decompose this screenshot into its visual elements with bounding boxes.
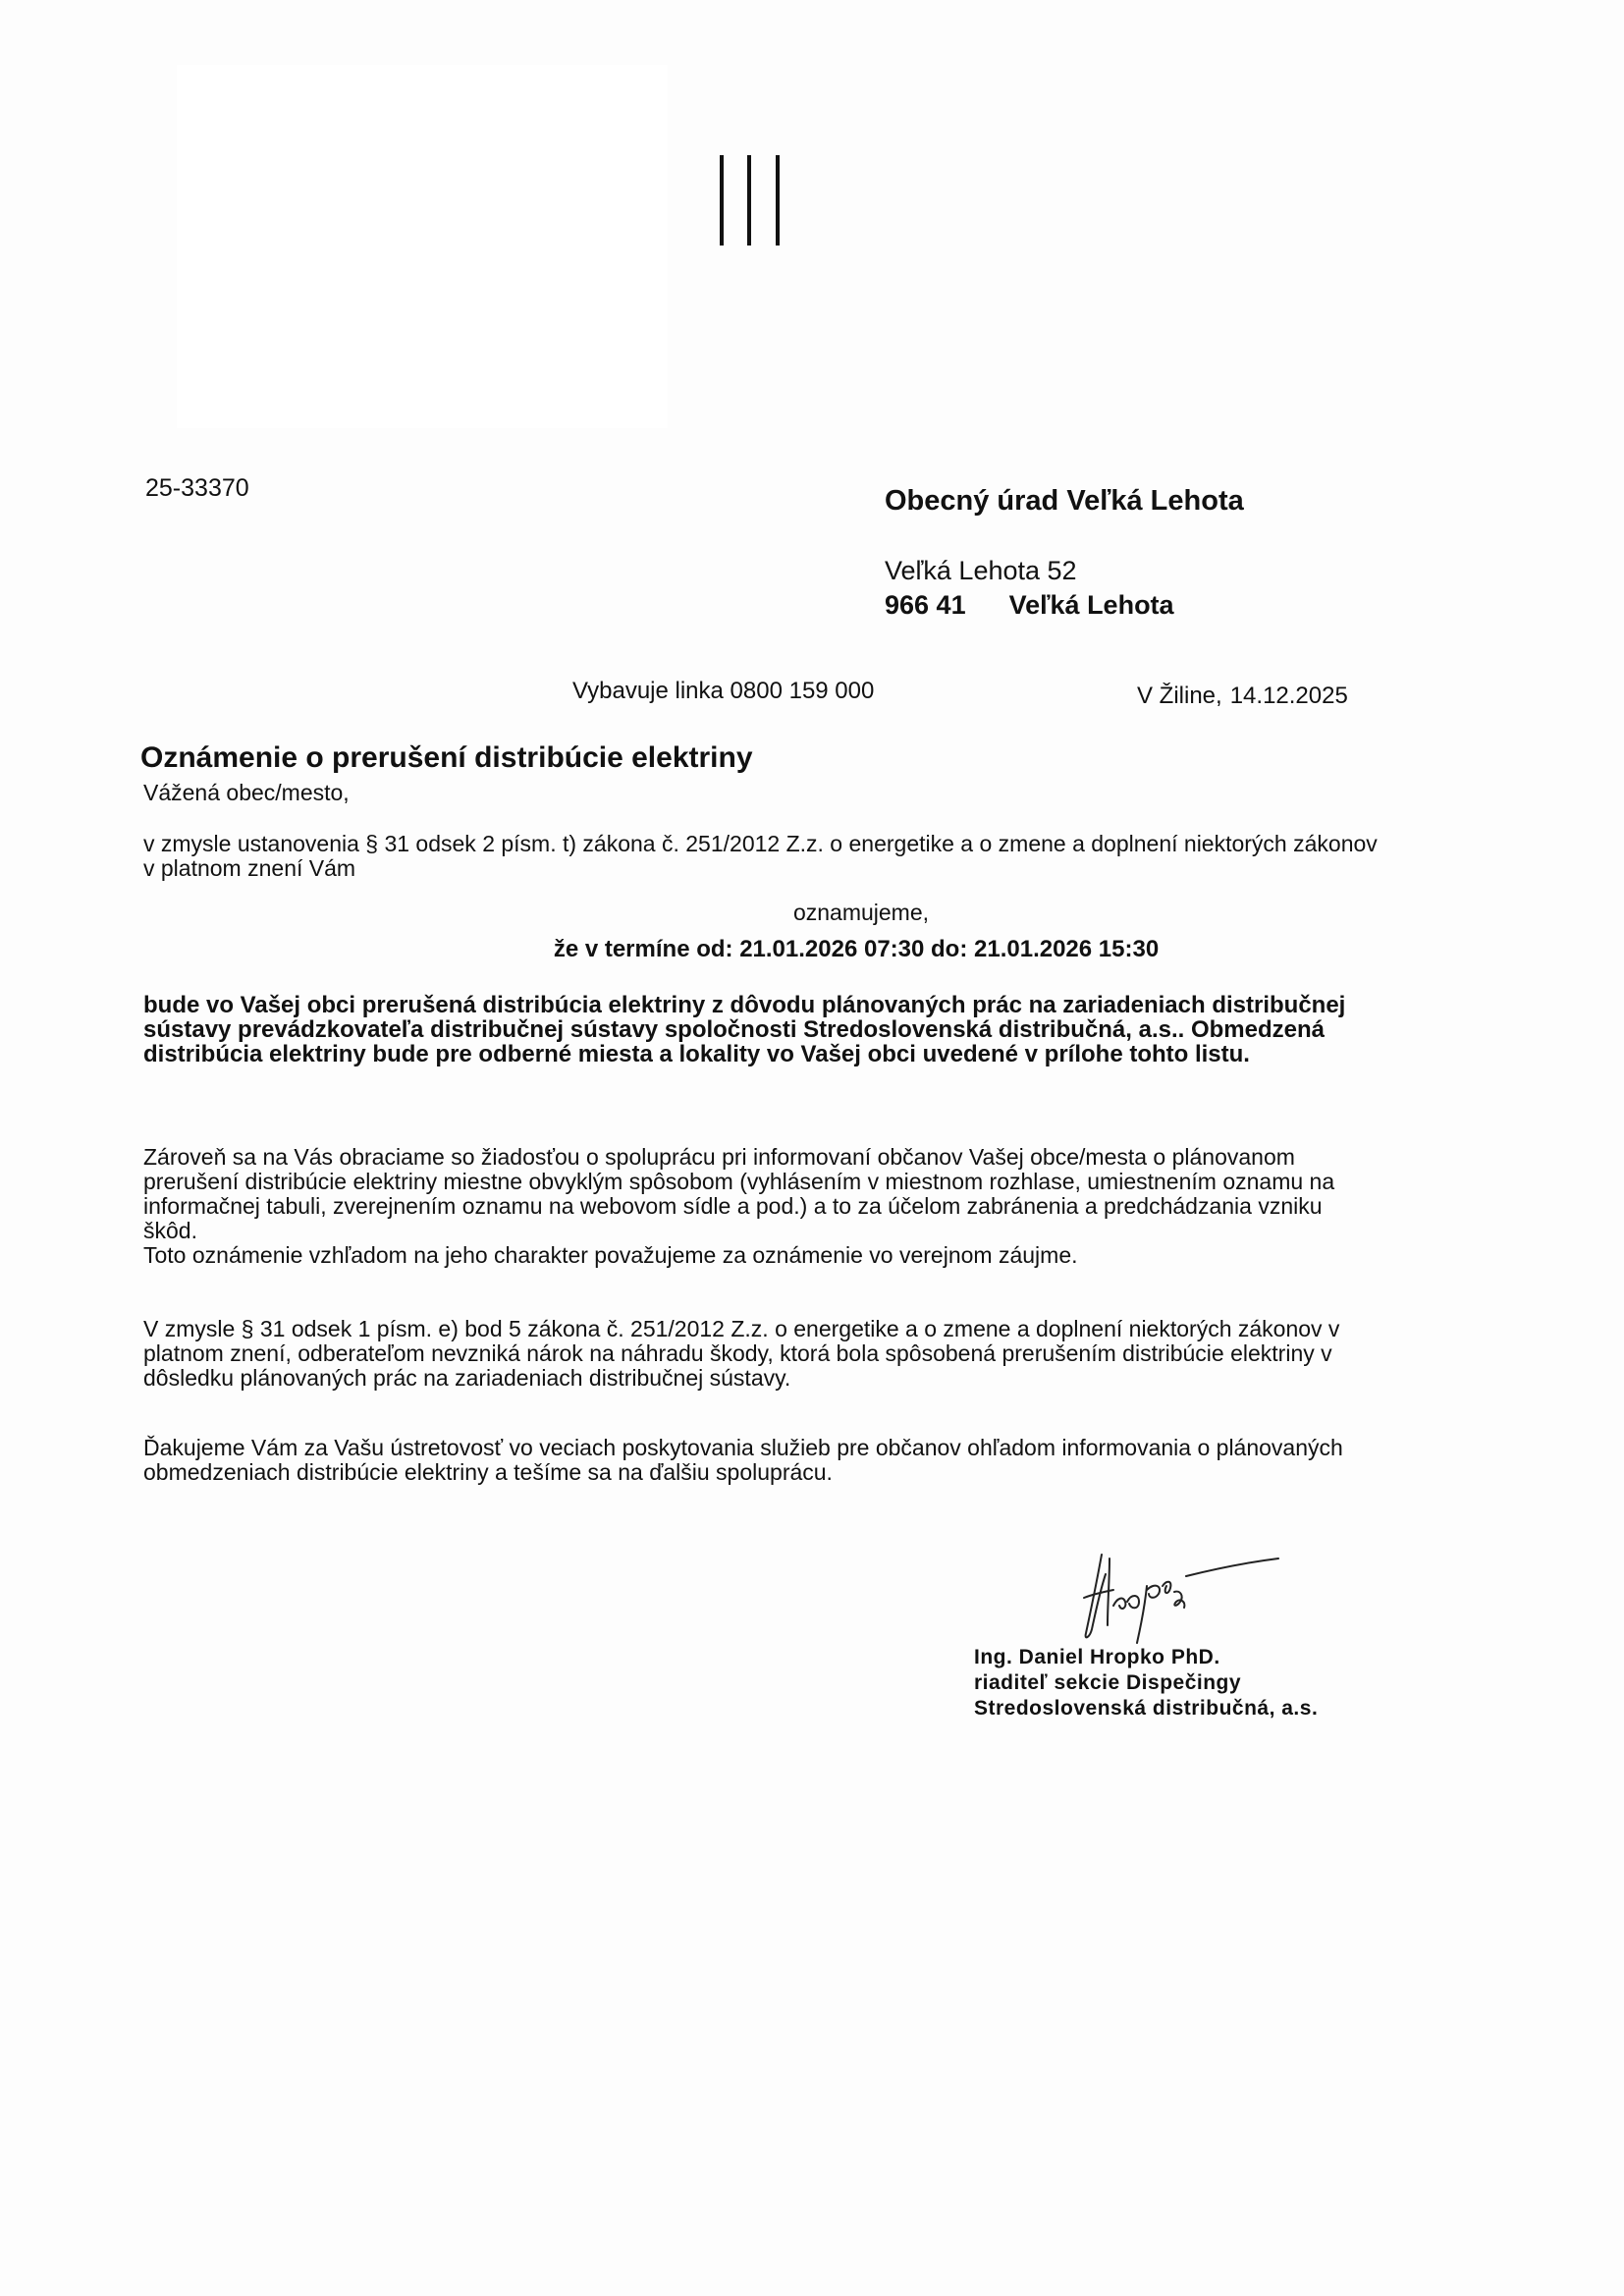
reference-number: 25-33370 — [145, 474, 249, 503]
salutation: Vážená obec/mesto, — [143, 780, 350, 806]
recipient-city: Veľká Lehota — [1009, 590, 1174, 620]
signatory-name: Ing. Daniel Hropko PhD. — [974, 1645, 1318, 1670]
recipient-street: Veľká Lehota 52 — [885, 556, 1077, 586]
recipient-postal-city: 966 41Veľká Lehota — [885, 590, 1174, 621]
outage-period: že v termíne od: 21.01.2026 07:30 do: 21… — [0, 936, 1624, 963]
paragraph-liability: V zmysle § 31 odsek 1 písm. e) bod 5 zák… — [143, 1317, 1380, 1391]
paragraph-legal-basis: v zmysle ustanovenia § 31 odsek 2 písm. … — [143, 832, 1380, 881]
place: V Žiline, — [1137, 683, 1222, 709]
paragraph-cooperation: Zároveň sa na Vás obraciame so žiadosťou… — [143, 1145, 1380, 1243]
signatory-block: Ing. Daniel Hropko PhD. riaditeľ sekcie … — [974, 1645, 1318, 1722]
signature-icon — [1070, 1547, 1286, 1645]
scan-window-area — [177, 65, 668, 428]
letter-date: 14.12.2025 — [1230, 683, 1348, 709]
announce-verb: oznamujeme, — [0, 900, 1624, 926]
recipient-postal-code: 966 41 — [885, 590, 966, 620]
paragraph-outage: bude vo Vašej obci prerušená distribúcia… — [143, 993, 1380, 1066]
signatory-company: Stredoslovenská distribučná, a.s. — [974, 1696, 1318, 1722]
paragraph-thanks: Ďakujeme Vám za Vašu ústretovosť vo veci… — [143, 1436, 1380, 1485]
recipient-name: Obecný úrad Veľká Lehota — [885, 485, 1244, 518]
document-title: Oznámenie o prerušení distribúcie elektr… — [140, 741, 753, 775]
place-date: V Žiline,14.12.2025 — [1137, 683, 1348, 710]
contact-line: Vybavuje linka 0800 159 000 — [572, 678, 874, 705]
paragraph-public-interest: Toto oznámenie vzhľadom na jeho charakte… — [143, 1243, 1380, 1268]
signatory-position: riaditeľ sekcie Dispečingy — [974, 1670, 1318, 1696]
